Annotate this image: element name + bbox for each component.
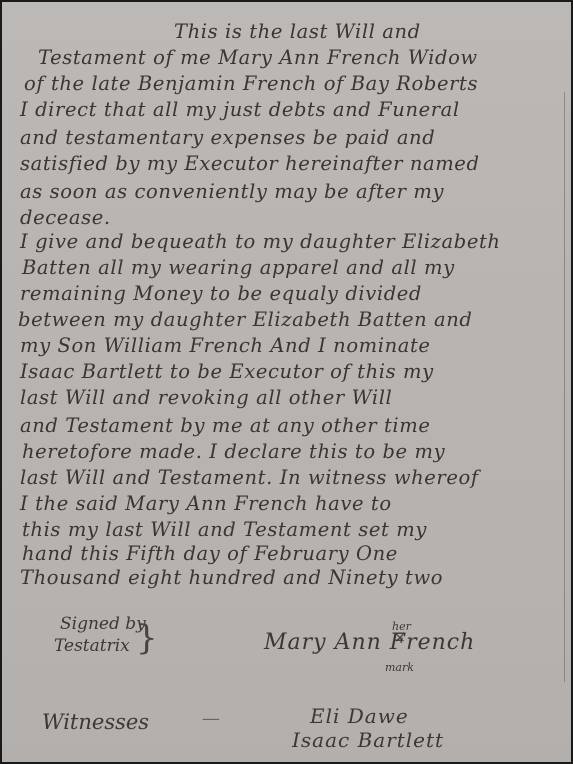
will-line: hand this Fifth day of February One	[22, 542, 398, 565]
will-line: I direct that all my just debts and Fune…	[20, 98, 460, 121]
testatrix-label: Testatrix	[54, 636, 130, 656]
will-line: Thousand eight hundred and Ninety two	[20, 566, 443, 589]
testatrix-signature: Mary Ann French	[264, 630, 475, 655]
will-line: I the said Mary Ann French have to	[20, 492, 392, 515]
witnesses-label: Witnesses	[42, 710, 149, 734]
mark-symbol: ×	[394, 630, 406, 646]
will-line: between my daughter Elizabeth Batten and	[18, 308, 473, 331]
will-line: remaining Money to be equaly divided	[20, 282, 422, 305]
will-line: as soon as conveniently may be after my	[20, 180, 444, 203]
will-line: decease.	[20, 206, 111, 229]
will-line: my Son William French And I nominate	[20, 334, 431, 357]
will-document-page: This is the last Will and Testament of m…	[2, 2, 571, 762]
will-line: and testamentary expenses be paid and	[20, 126, 435, 149]
will-line: last Will and revoking all other Will	[20, 386, 392, 409]
will-line: Batten all my wearing apparel and all my	[22, 256, 455, 279]
witnesses-dash: —	[202, 708, 220, 729]
will-line: Isaac Bartlett to be Executor of this my	[20, 360, 434, 383]
will-line: This is the last Will and	[174, 20, 421, 43]
will-line: and Testament by me at any other time	[20, 414, 430, 437]
signature-brace: }	[136, 618, 158, 658]
will-line: this my last Will and Testament set my	[22, 518, 427, 541]
mark-label: mark	[385, 661, 414, 674]
witness-name: Isaac Bartlett	[292, 728, 444, 752]
signed-by-label: Signed by	[60, 614, 146, 634]
witness-name: Eli Dawe	[310, 704, 409, 728]
will-line: heretofore made. I declare this to be my	[22, 440, 445, 463]
will-line: satisfied by my Executor hereinafter nam…	[20, 152, 480, 175]
will-line: I give and bequeath to my daughter Eliza…	[20, 230, 501, 253]
will-line: of the late Benjamin French of Bay Rober…	[24, 72, 478, 95]
will-line: last Will and Testament. In witness wher…	[20, 466, 479, 489]
will-line: Testament of me Mary Ann French Widow	[38, 46, 478, 69]
